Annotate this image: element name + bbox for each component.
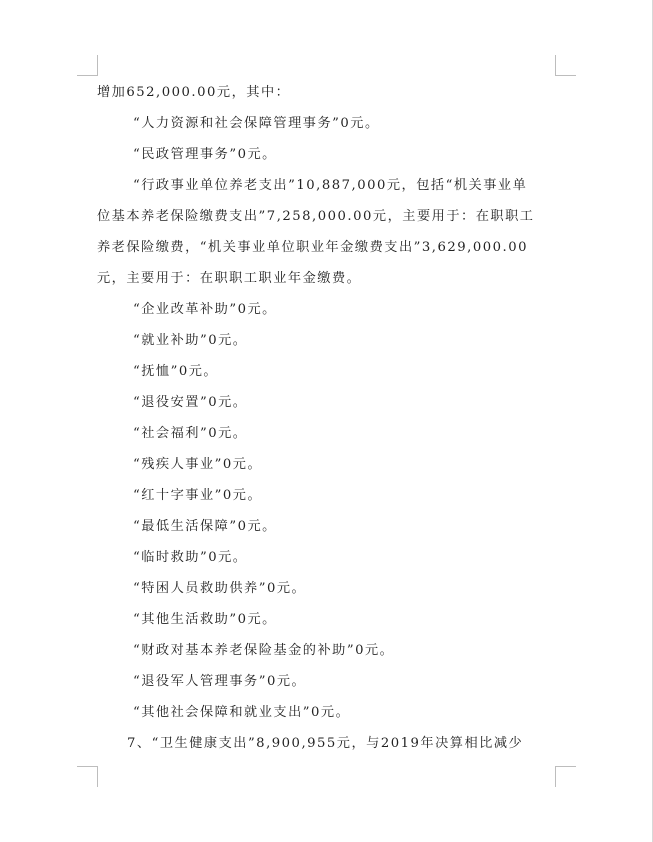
paragraph-line: “其他生活救助”0元。 — [97, 607, 557, 638]
paragraph-line: 位基本养老保险缴费支出”7,258,000.00元，主要用于：在职职工 — [97, 204, 557, 235]
paragraph-line: “企业改革补助”0元。 — [97, 297, 557, 328]
paragraph-line: “临时救助”0元。 — [97, 545, 557, 576]
margin-corner-bottom-right — [555, 766, 576, 787]
paragraph-line: “特困人员救助供养”0元。 — [97, 576, 557, 607]
paragraph-line: “民政管理事务”0元。 — [97, 142, 557, 173]
paragraph-line: 养老保险缴费，“机关事业单位职业年金缴费支出”3,629,000.00 — [97, 235, 557, 266]
paragraph-line: “红十字事业”0元。 — [97, 483, 557, 514]
paragraph-line: 增加652,000.00元，其中： — [97, 80, 557, 111]
document-body: 增加652,000.00元，其中： “人力资源和社会保障管理事务”0元。 “民政… — [97, 80, 557, 762]
paragraph-line: “退役军人管理事务”0元。 — [97, 669, 557, 700]
paragraph-line: “行政事业单位养老支出”10,887,000元，包括“机关事业单 — [97, 173, 557, 204]
paragraph-line: 元，主要用于：在职职工职业年金缴费。 — [97, 266, 557, 297]
margin-corner-top-right — [555, 55, 576, 76]
paragraph-line: “社会福利”0元。 — [97, 421, 557, 452]
paragraph-line: “最低生活保障”0元。 — [97, 514, 557, 545]
margin-corner-top-left — [77, 55, 98, 76]
paragraph-line: “财政对基本养老保险基金的补助”0元。 — [97, 638, 557, 669]
paragraph-line: “退役安置”0元。 — [97, 390, 557, 421]
section-heading-line: 7、“卫生健康支出”8,900,955元，与2019年决算相比减少 — [97, 731, 557, 762]
paragraph-line: “其他社会保障和就业支出”0元。 — [97, 700, 557, 731]
paragraph-line: “残疾人事业”0元。 — [97, 452, 557, 483]
margin-corner-bottom-left — [77, 766, 98, 787]
paragraph-line: “就业补助”0元。 — [97, 328, 557, 359]
paragraph-line: “抚恤”0元。 — [97, 359, 557, 390]
paragraph-line: “人力资源和社会保障管理事务”0元。 — [97, 111, 557, 142]
